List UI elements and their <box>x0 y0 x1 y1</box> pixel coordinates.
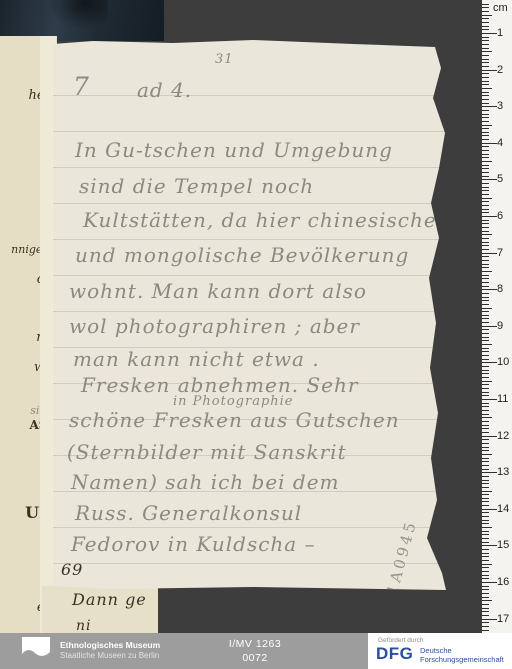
ruler-tick-cm <box>482 545 497 546</box>
ruler-number: 11 <box>497 393 512 405</box>
ruler-tick-mm <box>482 22 489 23</box>
ruler-tick-mm <box>482 575 489 576</box>
ruler-tick-mm <box>482 231 489 232</box>
ruler-tick-cm <box>482 619 497 620</box>
ruler-tick-mm <box>482 403 489 404</box>
ruler-tick-half-cm <box>482 51 492 52</box>
ruler-tick-half-cm <box>482 381 492 382</box>
ruler-tick-half-cm <box>482 491 492 492</box>
ruler-tick-mm <box>482 351 489 352</box>
ruler-tick-mm <box>482 538 489 539</box>
manuscript-text-line: in Photographie <box>173 394 294 409</box>
ruler-tick-mm <box>482 322 489 323</box>
ruler-tick-mm <box>482 388 489 389</box>
ruler-tick-cm <box>482 436 497 437</box>
ruler-tick-mm <box>482 567 489 568</box>
ruler-tick-mm <box>482 132 489 133</box>
ruler-tick-mm <box>482 626 489 627</box>
ruler-number: 8 <box>497 283 512 295</box>
ruler-tick-mm <box>482 377 489 378</box>
ruler-tick-mm <box>482 458 489 459</box>
ruled-line <box>53 131 449 132</box>
ruler-tick-mm <box>482 359 489 360</box>
ruler-tick-mm <box>482 59 489 60</box>
ruler-tick-mm <box>482 534 489 535</box>
ruler-tick-mm <box>482 593 489 594</box>
ruler-tick-mm <box>482 439 489 440</box>
museum-logo-icon <box>22 637 50 665</box>
ruler-tick-mm <box>482 505 489 506</box>
ruler-tick-mm <box>482 469 489 470</box>
manuscript-text-line: Kultstätten, da hier chinesische <box>83 208 437 232</box>
ruler-tick-half-cm <box>482 161 492 162</box>
ruler-tick-mm <box>482 494 489 495</box>
ruler-tick-mm <box>482 242 489 243</box>
ruler-tick-mm <box>482 476 489 477</box>
ruler-tick-mm <box>482 84 489 85</box>
manuscript-text-line: 69 <box>61 560 83 579</box>
ruler-tick-mm <box>482 275 489 276</box>
ruler-tick-mm <box>482 560 489 561</box>
ruler-tick-cm <box>482 253 497 254</box>
ruler-tick-mm <box>482 260 489 261</box>
ruler-tick-mm <box>482 553 489 554</box>
ruler-tick-mm <box>482 62 489 63</box>
ruler-tick-half-cm <box>482 454 492 455</box>
ruler-tick-mm <box>482 128 489 129</box>
ruler-tick-mm <box>482 501 489 502</box>
ruler-tick-mm <box>482 238 489 239</box>
ruler-tick-mm <box>482 384 489 385</box>
manuscript-text-line: wol photographiren ; aber <box>69 314 360 338</box>
ruler-tick-mm <box>482 95 489 96</box>
underlying-text-line: Dann ge <box>72 590 147 609</box>
ruler-tick-cm <box>482 70 497 71</box>
ruler-number: 10 <box>497 356 512 368</box>
ruler-tick-mm <box>482 318 489 319</box>
ruler-tick-mm <box>482 121 489 122</box>
ruler-tick-mm <box>482 410 489 411</box>
ruler-number: 13 <box>497 466 512 478</box>
manuscript-text-line: Russ. Generalkonsul <box>75 501 302 525</box>
manuscript-text-line: Namen) sah ich bei dem <box>71 470 340 494</box>
manuscript-text-line: und mongolische Bevölkerung <box>75 243 409 267</box>
ruler-tick-mm <box>482 622 489 623</box>
ruler-tick-mm <box>482 7 489 8</box>
ruler-tick-half-cm <box>482 308 492 309</box>
ruler-tick-cm <box>482 472 497 473</box>
ruler-tick-mm <box>482 223 489 224</box>
ruler-tick-mm <box>482 165 489 166</box>
ruler-number: 17 <box>497 613 512 625</box>
ruler-tick-mm <box>482 77 489 78</box>
ruler-tick-mm <box>482 414 489 415</box>
ruler-number: 15 <box>497 539 512 551</box>
ruler-tick-mm <box>482 146 489 147</box>
ruler-number: 2 <box>497 64 512 76</box>
ruler-tick-mm <box>482 48 489 49</box>
ruler-number: 12 <box>497 430 512 442</box>
ruler-tick-mm <box>482 483 489 484</box>
ruler-tick-half-cm <box>482 271 492 272</box>
ruler-number: 1 <box>497 27 512 39</box>
ruler-tick-mm <box>482 425 489 426</box>
ruler-number: 3 <box>497 100 512 112</box>
ruler-tick-mm <box>482 480 489 481</box>
ruler-tick-mm <box>482 282 489 283</box>
ruler-tick-cm <box>482 216 497 217</box>
ruler-tick-mm <box>482 245 489 246</box>
ruler-tick-mm <box>482 135 489 136</box>
ruler-tick-mm <box>482 110 489 111</box>
ruler-tick-mm <box>482 150 489 151</box>
manuscript-text-line: Fedorov in Kuldscha – <box>71 532 316 556</box>
ruler-number: 5 <box>497 173 512 185</box>
manuscript-page: 1A0945 317ad 4.In Gu-tschen und Umgebung… <box>53 38 449 590</box>
ruler-tick-mm <box>482 293 489 294</box>
ruler-tick-mm <box>482 630 489 631</box>
ruler-tick-mm <box>482 512 489 513</box>
ruled-line <box>53 563 449 564</box>
ruler-tick-mm <box>482 256 489 257</box>
manuscript-text-line: schöne Fresken aus Gutschen <box>69 408 400 432</box>
ruler-tick-mm <box>482 278 489 279</box>
ruler-tick-mm <box>482 29 489 30</box>
ruler-tick-mm <box>482 176 489 177</box>
ruler-tick-mm <box>482 286 489 287</box>
ruler-tick-mm <box>482 465 489 466</box>
archival-scan: hen–nnigen.onndwossiabAStUKdnenil Dann g… <box>0 0 512 669</box>
footer-bar: Ethnologisches Museum Staatliche Museen … <box>0 633 512 669</box>
ruler-number: 14 <box>497 503 512 515</box>
manuscript-text-line: (Sternbilder mit Sanskrit <box>67 440 347 464</box>
ruler-tick-mm <box>482 571 489 572</box>
ruler-tick-mm <box>482 531 489 532</box>
ruler-tick-cm <box>482 362 497 363</box>
ruler-tick-mm <box>482 117 489 118</box>
ruler-tick-mm <box>482 154 489 155</box>
ruler-tick-mm <box>482 461 489 462</box>
funder-name: Deutsche <box>420 646 452 655</box>
ruler-tick-half-cm <box>482 564 492 565</box>
scan-number: 0072 <box>200 652 310 664</box>
ruler-tick-mm <box>482 37 489 38</box>
ruler-tick-mm <box>482 81 489 82</box>
ruler-tick-mm <box>482 447 489 448</box>
ruler-tick-mm <box>482 168 489 169</box>
ruler-tick-half-cm <box>482 600 492 601</box>
ruler-tick-mm <box>482 172 489 173</box>
ruler-tick-mm <box>482 73 489 74</box>
ruled-line <box>53 527 449 528</box>
ruler: cm 1234567891011121314151617 <box>482 0 512 633</box>
ruler-tick-mm <box>482 209 489 210</box>
ruler-tick-mm <box>482 264 489 265</box>
funder-name: Forschungsgemeinschaft <box>420 655 504 664</box>
underlying-page-bottom: Dann ge ni <box>42 586 158 633</box>
ruler-tick-mm <box>482 267 489 268</box>
ruler-tick-mm <box>482 556 489 557</box>
ruled-line <box>53 167 449 168</box>
ruler-tick-mm <box>482 443 489 444</box>
ruler-tick-mm <box>482 597 489 598</box>
ruler-tick-mm <box>482 333 489 334</box>
manuscript-text-line: In Gu-tschen und Umgebung <box>75 138 393 162</box>
inventory-number: I/MV 1263 <box>200 638 310 650</box>
ruler-tick-cm <box>482 326 497 327</box>
ruler-tick-mm <box>482 611 489 612</box>
ruler-tick-mm <box>482 392 489 393</box>
ruler-tick-mm <box>482 66 489 67</box>
underlying-text-line: ni <box>76 618 92 634</box>
ruler-tick-cm <box>482 582 497 583</box>
ruler-unit-label: cm <box>493 2 508 14</box>
ruler-tick-half-cm <box>482 234 492 235</box>
ruler-tick-mm <box>482 55 489 56</box>
ruler-tick-cm <box>482 106 497 107</box>
ruled-line <box>53 311 449 312</box>
ruler-tick-mm <box>482 311 489 312</box>
ruler-tick-mm <box>482 114 489 115</box>
ruled-line <box>53 239 449 240</box>
ruler-tick-mm <box>482 487 489 488</box>
ruler-tick-mm <box>482 205 489 206</box>
manuscript-text-line: 7 <box>73 72 90 101</box>
ruler-tick-mm <box>482 348 489 349</box>
ruler-tick-mm <box>482 201 489 202</box>
manuscript-text-line: 31 <box>215 52 234 67</box>
ruler-tick-mm <box>482 542 489 543</box>
ruler-tick-mm <box>482 370 489 371</box>
ruler-tick-half-cm <box>482 417 492 418</box>
ruler-tick-mm <box>482 190 489 191</box>
ruler-tick-half-cm <box>482 88 492 89</box>
ruler-tick-mm <box>482 18 489 19</box>
manuscript-text-line: wohnt. Man kann dort also <box>69 279 367 303</box>
ruler-tick-mm <box>482 355 489 356</box>
ruler-tick-mm <box>482 194 489 195</box>
ruler-number: 6 <box>497 210 512 222</box>
ruler-tick-mm <box>482 450 489 451</box>
funding-label: Gefördert durch <box>378 637 424 644</box>
ruler-tick-mm <box>482 586 489 587</box>
ruler-tick-mm <box>482 220 489 221</box>
ruler-number: 16 <box>497 576 512 588</box>
ruler-tick-mm <box>482 340 489 341</box>
ruler-tick-mm <box>482 406 489 407</box>
ruler-tick-mm <box>482 523 489 524</box>
ruler-tick-mm <box>482 92 489 93</box>
dfg-logo-box: Gefördert durch DFG Deutsche Forschungsg… <box>368 633 512 669</box>
ruler-tick-mm <box>482 227 489 228</box>
ruler-tick-mm <box>482 428 489 429</box>
ruler-tick-mm <box>482 549 489 550</box>
ruler-tick-half-cm <box>482 527 492 528</box>
ruler-tick-mm <box>482 212 489 213</box>
ruler-tick-mm <box>482 589 489 590</box>
museum-name: Ethnologisches Museum <box>60 640 160 650</box>
ruler-tick-mm <box>482 516 489 517</box>
ruler-tick-cm <box>482 179 497 180</box>
ruler-tick-mm <box>482 366 489 367</box>
ruler-tick-mm <box>482 297 489 298</box>
ruler-tick-mm <box>482 337 489 338</box>
ruler-tick-mm <box>482 26 489 27</box>
ruler-tick-mm <box>482 578 489 579</box>
dfg-logo-icon: DFG <box>376 644 413 664</box>
ruler-tick-mm <box>482 40 489 41</box>
ruler-tick-mm <box>482 608 489 609</box>
ruler-tick-mm <box>482 520 489 521</box>
ruler-tick-mm <box>482 4 489 5</box>
ruler-tick-cm <box>482 33 497 34</box>
photo-number-vertical: 1A0945 <box>383 486 429 597</box>
ruler-tick-mm <box>482 315 489 316</box>
ruler-tick-mm <box>482 249 489 250</box>
ruler-tick-half-cm <box>482 15 492 16</box>
ruler-tick-cm <box>482 289 497 290</box>
ruler-tick-mm <box>482 139 489 140</box>
ruler-tick-mm <box>482 300 489 301</box>
ruler-tick-mm <box>482 304 489 305</box>
ruler-tick-mm <box>482 604 489 605</box>
manuscript-text-line: sind die Tempel noch <box>79 174 314 198</box>
museum-subtitle: Staatliche Museen zu Berlin <box>60 651 159 660</box>
ruler-tick-mm <box>482 157 489 158</box>
ruled-line <box>53 203 449 204</box>
ruler-tick-mm <box>482 329 489 330</box>
ruler-number: 9 <box>497 320 512 332</box>
ruler-tick-mm <box>482 99 489 100</box>
ruler-tick-mm <box>482 183 489 184</box>
ruler-tick-half-cm <box>482 344 492 345</box>
ruler-tick-mm <box>482 395 489 396</box>
ruler-tick-cm <box>482 399 497 400</box>
ruler-tick-cm <box>482 509 497 510</box>
ruler-tick-mm <box>482 103 489 104</box>
ruler-tick-mm <box>482 187 489 188</box>
manuscript-text-line: ad 4. <box>137 78 192 102</box>
ruler-tick-cm <box>482 143 497 144</box>
ruler-tick-mm <box>482 44 489 45</box>
book-binding-cloth <box>0 0 164 41</box>
ruler-tick-mm <box>482 432 489 433</box>
ruled-line <box>53 275 449 276</box>
ruler-number: 7 <box>497 247 512 259</box>
ruler-tick-half-cm <box>482 198 492 199</box>
ruler-tick-mm <box>482 11 489 12</box>
ruler-number: 4 <box>497 137 512 149</box>
ruler-tick-mm <box>482 615 489 616</box>
ruler-tick-half-cm <box>482 125 492 126</box>
ruler-tick-mm <box>482 498 489 499</box>
ruled-line <box>53 95 449 96</box>
manuscript-text-line: man kann nicht etwa . <box>73 347 320 371</box>
ruler-tick-mm <box>482 421 489 422</box>
ruler-tick-mm <box>482 373 489 374</box>
